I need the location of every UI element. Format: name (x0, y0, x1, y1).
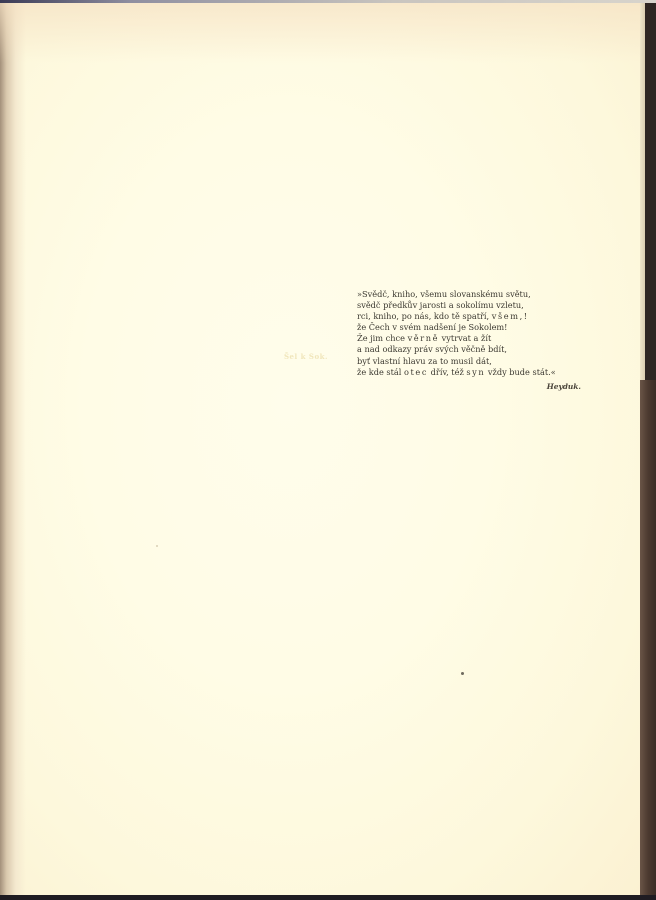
poem-line: že kde stál otec dřív, též syn vždy bude… (357, 367, 587, 378)
poem-emphasis: otec (404, 367, 428, 377)
bleed-through-text: Šel k Sok. (284, 352, 328, 361)
poem-line: Že jim chce věrně vytrvat a žít (357, 333, 587, 344)
poem-line-part: ! (524, 311, 527, 321)
paper-speck (156, 545, 158, 547)
book-cover-edge (640, 380, 656, 900)
poem-line: byť vlastní hlavu za to musil dát, (357, 356, 587, 367)
poem-line: rci, kniho, po nás, kdo tě spatří, všem,… (357, 311, 587, 322)
poem-line-part: Že jim chce (357, 333, 408, 343)
poem-line-part: vždy bude stát.« (485, 367, 556, 377)
poem-author: Heyduk. (357, 381, 587, 392)
poem-line: »Svědč, kniho, všemu slovanskému světu, (357, 289, 587, 300)
poem-line-part: že kde stál (357, 367, 404, 377)
poem-block: »Svědč, kniho, všemu slovanskému světu, … (357, 289, 587, 392)
poem-line-part: vytrvat a žít (439, 333, 491, 343)
poem-line: že Čech v svém nadšení je Sokolem! (357, 322, 587, 333)
poem-emphasis: syn (466, 367, 485, 377)
poem-line-part: dřív, též (428, 367, 466, 377)
poem-line: a nad odkazy práv svých věčně bdít, (357, 344, 587, 355)
book-page: Šel k Sok. »Svědč, kniho, všemu slovansk… (0, 3, 640, 895)
poem-emphasis: věrně (408, 333, 440, 343)
scanned-page-view: Šel k Sok. »Svědč, kniho, všemu slovansk… (0, 0, 656, 900)
scan-bottom-edge (0, 895, 656, 900)
poem-emphasis: všem, (492, 311, 524, 321)
poem-line-part: rci, kniho, po nás, kdo tě spatří, (357, 311, 492, 321)
ink-speck (461, 672, 464, 675)
poem-line: svědč předkův jarosti a sokolímu vzletu, (357, 300, 587, 311)
